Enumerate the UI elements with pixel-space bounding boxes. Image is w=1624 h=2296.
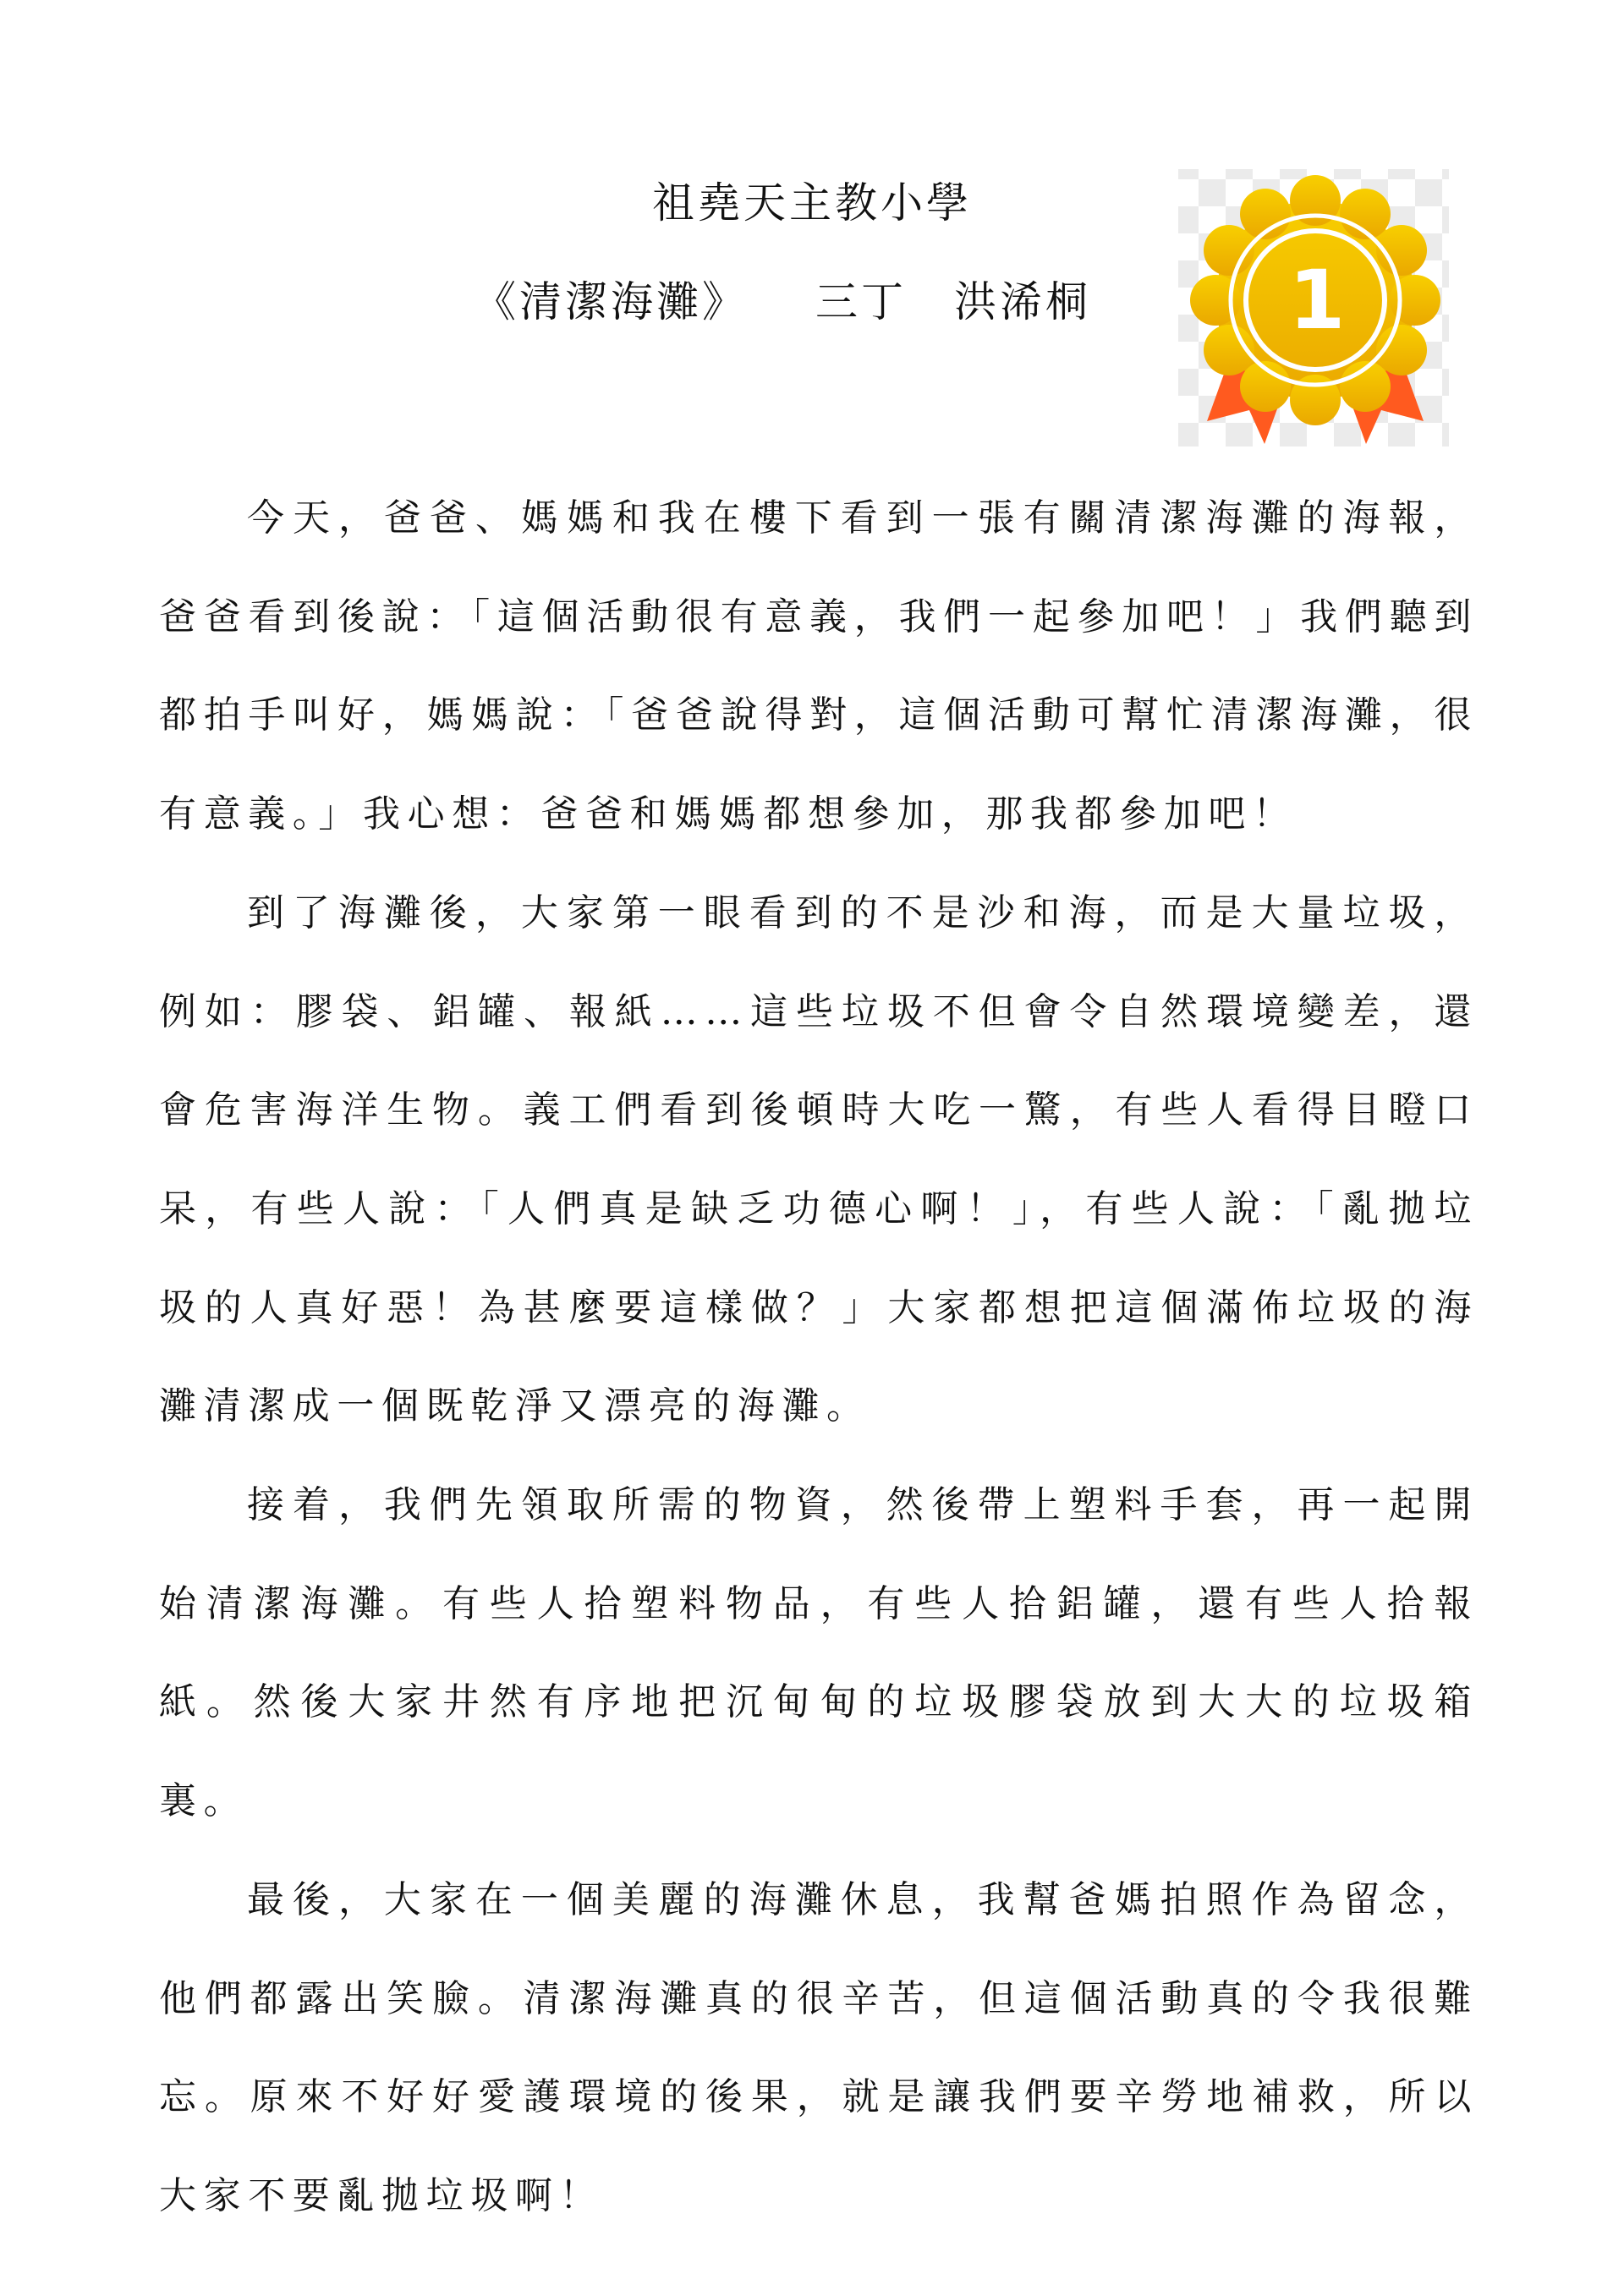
essay-heading: 《清潔海灘》三丁洪浠桐 bbox=[474, 272, 1091, 332]
paragraph-1: 今天，爸爸、媽媽和我在樓下看到一張有關清潔海灘的海報，爸爸看到後說：「這個活動很… bbox=[159, 469, 1479, 864]
author-name: 洪浠桐 bbox=[954, 272, 1091, 332]
paragraph-3: 接着，我們先領取所需的物資，然後帶上塑料手套，再一起開始清潔海灘。有些人拾塑料物… bbox=[159, 1456, 1479, 1851]
essay-title: 《清潔海灘》 bbox=[474, 272, 748, 332]
essay-body: 今天，爸爸、媽媽和我在樓下看到一張有關清潔海灘的海報，爸爸看到後說：「這個活動很… bbox=[159, 469, 1479, 2246]
paragraph-2: 到了海灘後，大家第一眼看到的不是沙和海，而是大量垃圾，例如：膠袋、鋁罐、報紙……… bbox=[159, 864, 1479, 1456]
svg-text:1: 1 bbox=[1289, 253, 1346, 348]
first-place-medal-icon: 1 bbox=[1171, 152, 1459, 457]
class-name: 三丁 bbox=[815, 272, 907, 332]
paragraph-4: 最後，大家在一個美麗的海灘休息，我幫爸媽拍照作為留念，他們都露出笑臉。清潔海灘真… bbox=[159, 1851, 1479, 2246]
